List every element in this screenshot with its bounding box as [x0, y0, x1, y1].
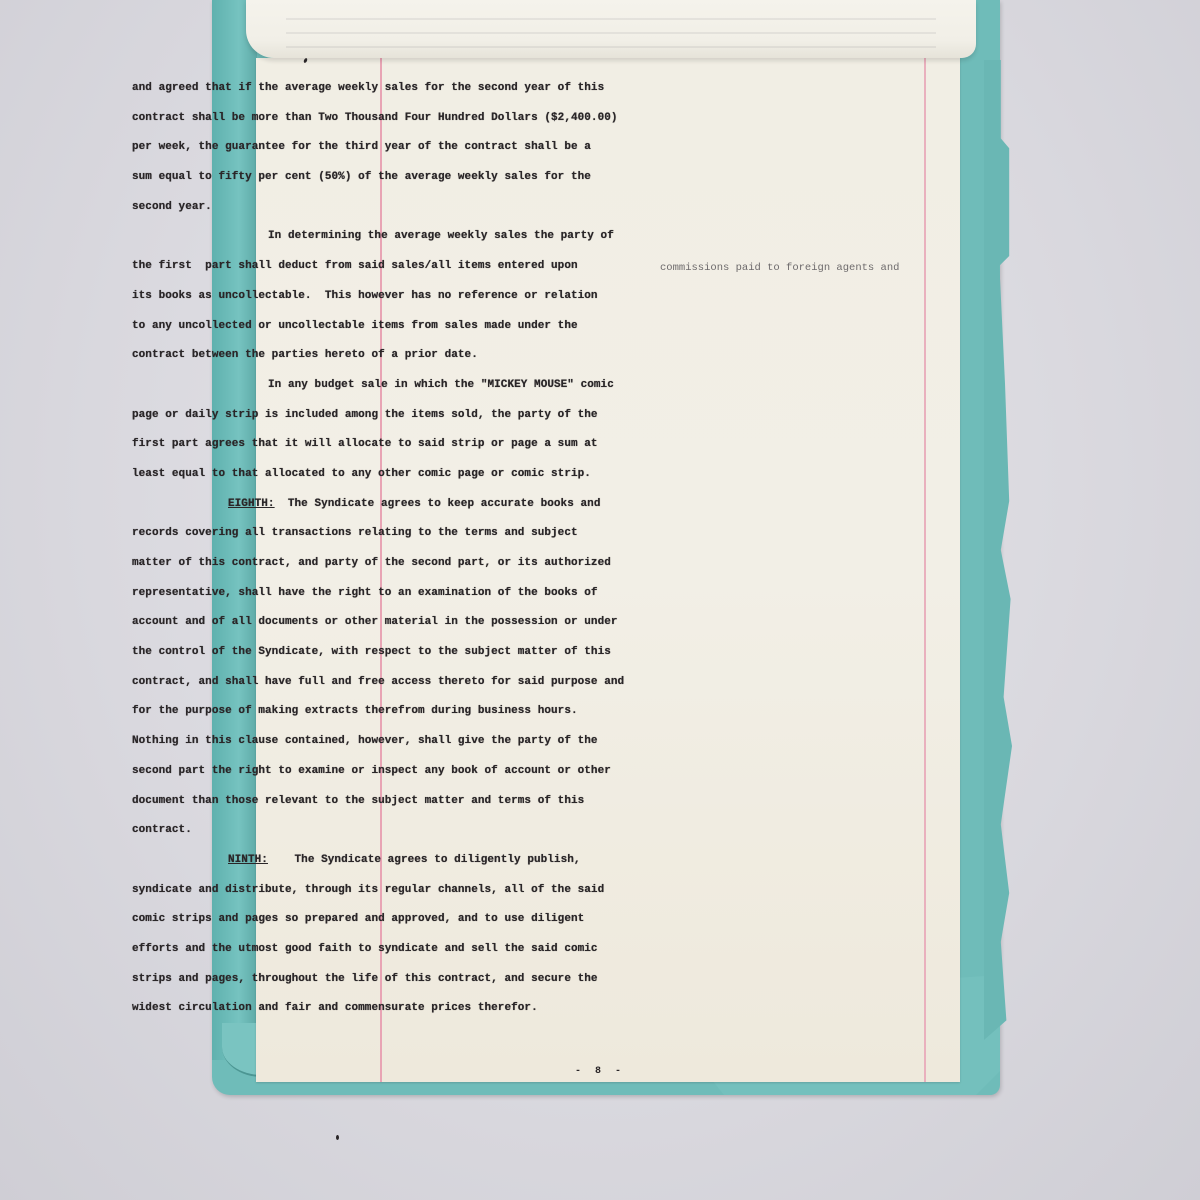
- text-line: account and of all documents or other ma…: [132, 608, 672, 638]
- text-line: contract shall be more than Two Thousand…: [132, 104, 672, 134]
- text-line: least equal to that allocated to any oth…: [132, 460, 672, 490]
- text-line: document than those relevant to the subj…: [132, 787, 672, 817]
- text-line: efforts and the utmost good faith to syn…: [132, 935, 672, 965]
- text-line: syndicate and distribute, through its re…: [132, 876, 672, 906]
- text-line: the control of the Syndicate, with respe…: [132, 638, 672, 668]
- text-line: sum equal to fifty per cent (50%) of the…: [132, 163, 672, 193]
- ninth-clause-first-line: NINTH: The Syndicate agrees to diligentl…: [132, 846, 672, 876]
- text-line: and agreed that if the average weekly sa…: [132, 74, 672, 104]
- eighth-heading: EIGHTH:: [228, 498, 275, 510]
- page-number: - 8 -: [0, 1066, 1200, 1077]
- text-line: In any budget sale in which the "MICKEY …: [132, 371, 672, 401]
- right-margin-line: [924, 58, 926, 1082]
- interlinear-insertion: commissions paid to foreign agents and: [660, 262, 899, 274]
- contract-text: and agreed that if the average weekly sa…: [132, 74, 672, 1024]
- text-line: contract between the parties hereto of a…: [132, 341, 672, 371]
- text-line: per week, the guarantee for the third ye…: [132, 133, 672, 163]
- text-line: page or daily strip is included among th…: [132, 401, 672, 431]
- ninth-heading: NINTH:: [228, 854, 268, 866]
- text-line: second part the right to examine or insp…: [132, 757, 672, 787]
- text-line: second year.: [132, 193, 672, 223]
- text-line: contract.: [132, 816, 672, 846]
- text-line: comic strips and pages so prepared and a…: [132, 905, 672, 935]
- text-line: representative, shall have the right to …: [132, 579, 672, 609]
- ink-speck: [336, 1135, 339, 1140]
- text-line: widest circulation and fair and commensu…: [132, 994, 672, 1024]
- text-line: its books as uncollectable. This however…: [132, 282, 672, 312]
- text-line: the first part shall deduct from said sa…: [132, 252, 672, 282]
- text-line: In determining the average weekly sales …: [132, 222, 672, 252]
- text-line: first part agrees that it will allocate …: [132, 430, 672, 460]
- text-line: matter of this contract, and party of th…: [132, 549, 672, 579]
- text-line: for the purpose of making extracts there…: [132, 697, 672, 727]
- text-line: contract, and shall have full and free a…: [132, 668, 672, 698]
- text-line: strips and pages, throughout the life of…: [132, 965, 672, 995]
- text-line: records covering all transactions relati…: [132, 519, 672, 549]
- text-line: to any uncollected or uncollectable item…: [132, 312, 672, 342]
- eighth-clause-first-line: EIGHTH: The Syndicate agrees to keep acc…: [132, 490, 672, 520]
- curled-previous-page: [246, 0, 976, 58]
- text-line: Nothing in this clause contained, howeve…: [132, 727, 672, 757]
